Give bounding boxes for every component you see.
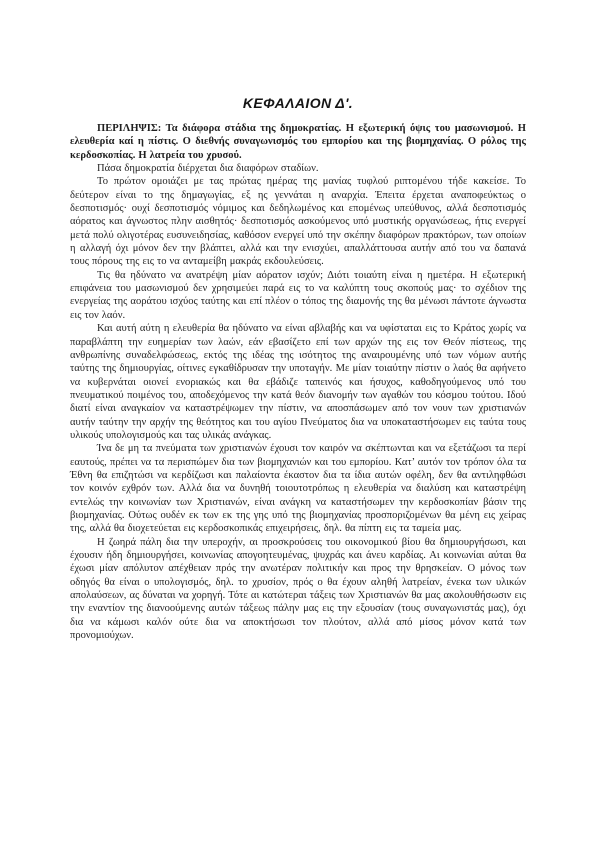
paragraph: Η ζωηρά πάλη δια την υπεροχήν, αι προσκρ… bbox=[70, 536, 526, 643]
paragraph: Και αυτή αύτη η ελευθερία θα ηδύνατο να … bbox=[70, 322, 526, 442]
body-text: ΠΕΡΙΛΗΨΙΣ: Τα διάφορα στάδια της δημοκρα… bbox=[70, 122, 526, 642]
paragraph: Πάσα δημοκρατία διέρχεται δια διαφόρων σ… bbox=[70, 162, 526, 175]
paragraph: Τις θα ηδύνατο να ανατρέψη μίαν αόρατον … bbox=[70, 269, 526, 322]
document-page: ΚΕΦΑΛΑΙΟΝ Δ'. ΠΕΡΙΛΗΨΙΣ: Τα διάφορα στάδ… bbox=[0, 0, 595, 841]
summary-label: ΠΕΡΙΛΗΨΙΣ: bbox=[97, 123, 161, 134]
paragraph: Το πρώτον ομοιάζει με τας πρώτας ημέρας … bbox=[70, 175, 526, 268]
paragraph: Ίνα δε μη τα πνεύματα των χριστιανών έχο… bbox=[70, 442, 526, 535]
text-block: ΚΕΦΑΛΑΙΟΝ Δ'. ΠΕΡΙΛΗΨΙΣ: Τα διάφορα στάδ… bbox=[70, 95, 526, 642]
summary-paragraph: ΠΕΡΙΛΗΨΙΣ: Τα διάφορα στάδια της δημοκρα… bbox=[70, 122, 526, 162]
chapter-title: ΚΕΦΑΛΑΙΟΝ Δ'. bbox=[70, 95, 526, 111]
